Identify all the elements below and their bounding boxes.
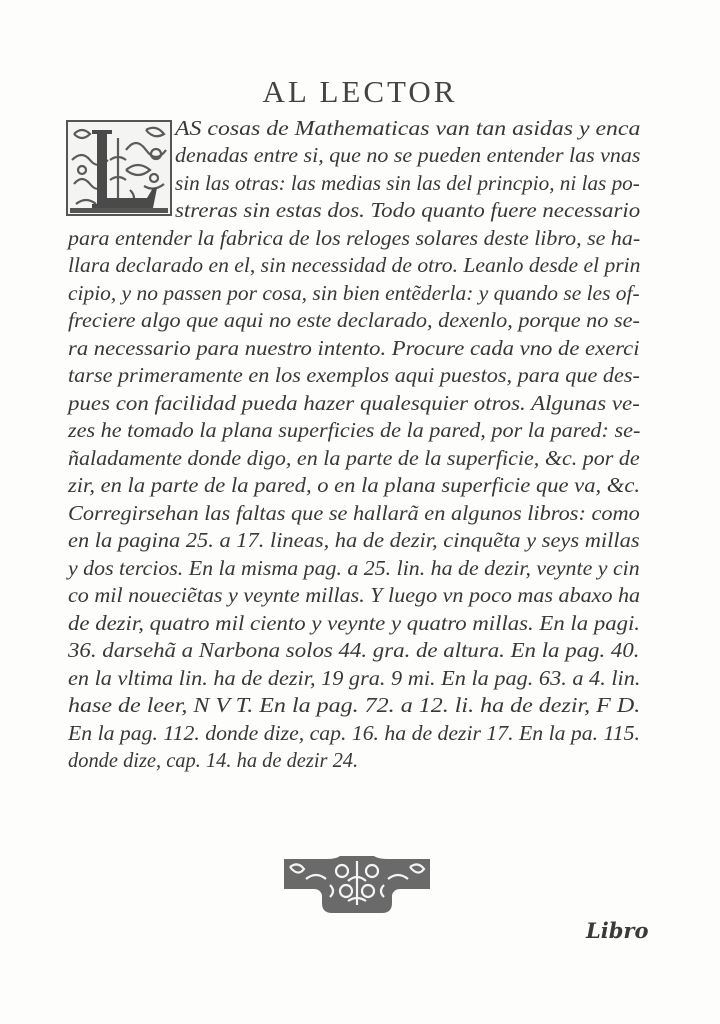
text-line: de dezir, quatro mil ciento y veynte y q… <box>68 611 640 636</box>
text-line: co mil noueciẽtas y veynte millas. Y lue… <box>68 583 640 608</box>
text-line: zes he tomado la plana superficies de la… <box>68 418 640 443</box>
text-line: streras sin estas dos. Todo quanto fuere… <box>175 198 640 223</box>
text-line: freciere algo que aqui no este declarado… <box>68 308 640 333</box>
text-line: hase de leer, N V T. En la pag. 72. a 12… <box>68 693 640 718</box>
ornamental-drop-cap-l-icon <box>66 120 172 216</box>
text-line: para entender la fabrica de los reloges … <box>68 226 640 251</box>
text-line: pues con facilidad pueda hazer qualesqui… <box>68 391 640 416</box>
text-line: En la pag. 112. donde dize, cap. 16. ha … <box>68 721 640 746</box>
text-line: en la vltima lin. ha de dezir, 19 gra. 9… <box>68 666 640 691</box>
catchword: Libro <box>586 918 649 943</box>
text-line: zir, en la parte de la pared, o en la pl… <box>68 473 640 498</box>
text-line: y dos tercios. En la misma pag. a 25. li… <box>68 556 640 581</box>
text-line: llara declarado en el, sin necessidad de… <box>68 253 640 278</box>
text-line: donde dize, cap. 14. ha de dezir 24. <box>68 748 358 773</box>
text-line: tarse primeramente en los exemplos aqui … <box>68 363 640 388</box>
text-line: sin las otras: las medias sin las del pr… <box>175 171 640 196</box>
text-line: denadas entre si, que no se pueden enten… <box>175 143 640 168</box>
text-line: 36. darsehã a Narbona solos 44. gra. de … <box>68 638 640 663</box>
text-line: en la pagina 25. a 17. lineas, ha de dez… <box>68 528 640 553</box>
page-title: AL LECTOR <box>0 74 720 110</box>
text-line: Corregirsehan las faltas que se hallarã … <box>68 501 640 526</box>
decorative-ornament-icon <box>282 855 432 917</box>
text-line: ra necessario para nuestro intento. Proc… <box>68 336 640 361</box>
text-line: ñaladamente donde digo, en la parte de l… <box>68 446 640 471</box>
text-line: cipio, y no passen por cosa, sin bien en… <box>68 281 640 306</box>
text-line: AS cosas de Mathematicas van tan asidas … <box>175 116 640 141</box>
